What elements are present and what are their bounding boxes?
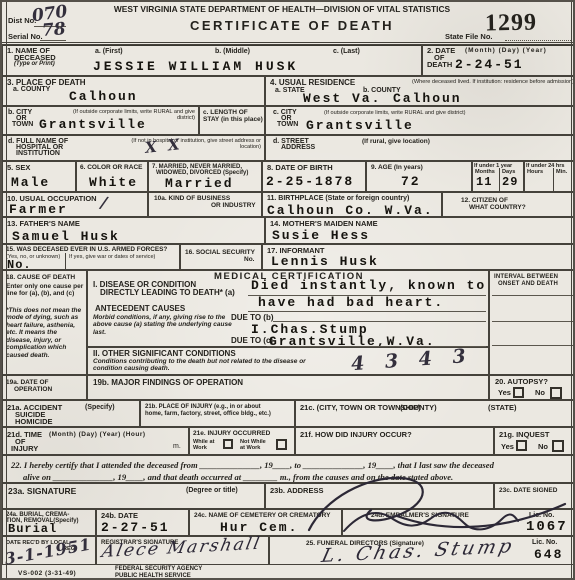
disease-value-1: Died instantly, known to <box>251 278 486 293</box>
name-type-note: (Type or Print) <box>14 61 55 67</box>
injury-kind-note: (Specify) <box>85 404 115 412</box>
birthplace-label: 11. BIRTHPLACE (State or foreign country… <box>267 195 409 203</box>
citizen-label-1: 12. CITIZEN OF <box>461 197 508 204</box>
residence-note: (Where deceased lived. If institution: r… <box>378 79 574 85</box>
field-injury-occurred: 21e. INJURY OCCURRED While at Work Not W… <box>189 427 295 455</box>
field-name-of-deceased: 1. NAME OF DECEASED (Type or Print) a. (… <box>2 44 422 76</box>
death-date-cols: (Month) (Day) (Year) <box>465 47 547 54</box>
cemetery-value: Hur Cem. <box>220 520 298 535</box>
hospital-label-3: INSTITUTION <box>16 150 60 158</box>
field-residence-city: c. CITY OR TOWN (If outside corporate li… <box>265 106 575 135</box>
frame-line-left <box>6 2 7 580</box>
field-marital-status: 7. MARRIED, NEVER MARRIED, WIDOWED, DIVO… <box>148 161 262 192</box>
death-date-label-3: DEATH <box>427 61 452 69</box>
sex-value: Male <box>11 175 50 190</box>
due-c-label: DUE TO (c) <box>231 337 273 346</box>
birth-date-label: 8. DATE OF BIRTH <box>267 164 333 172</box>
pod-county-label: a. COUNTY <box>13 86 50 94</box>
disease-label-2: DIRECTLY LEADING TO DEATH* (a) <box>100 289 235 298</box>
ssn-label-1: 16. SOCIAL SECURITY <box>185 249 255 256</box>
residence-county-value: Calhoun <box>393 91 462 106</box>
field-injury-time: 21d. TIME (Month) (Day) (Year) (Hour) OF… <box>2 427 189 455</box>
citizen-label-2: WHAT COUNTRY? <box>469 204 526 211</box>
serial-no-label: Serial No. <box>8 33 43 41</box>
autopsy-yes-label: Yes <box>498 389 511 397</box>
field-date-of-death: 2. DATE (Month) (Day) (Year) OF DEATH 2-… <box>422 44 575 76</box>
interval-column: INTERVAL BETWEEN ONSET AND DEATH <box>489 270 575 375</box>
autopsy-no-checkbox <box>550 387 562 399</box>
informant-value: Lennis Husk <box>271 254 379 269</box>
hospital-handwritten-mark: X X <box>144 135 183 157</box>
burial-date-value: 2-27-51 <box>101 520 170 535</box>
res-city-note: (If outside corporate limits, write RURA… <box>324 110 466 116</box>
field-injury-how: 21f. HOW DID INJURY OCCUR? <box>295 427 494 455</box>
other-conditions-handwritten-value: 4 3 4 3 <box>350 345 473 375</box>
operation-date-label-1: 19a. DATE OF <box>6 379 49 386</box>
burial-value: Burial <box>8 522 57 536</box>
inquest-no-checkbox <box>552 440 564 452</box>
embalmer-signature-scrawl <box>340 505 520 537</box>
state-file-line <box>505 40 571 41</box>
serial-no-line <box>40 40 66 41</box>
residence-state-label: a. STATE <box>275 87 305 95</box>
agency-line-1: FEDERAL SECURITY AGENCY <box>115 566 202 572</box>
age-days-value: 29 <box>502 175 518 189</box>
mother-label: 14. MOTHER'S MAIDEN NAME <box>270 220 378 228</box>
inquest-yes-label: Yes <box>501 443 514 451</box>
res-city-value: Grantsville <box>306 118 414 133</box>
antecedent-label: ANTECEDENT CAUSES <box>95 305 185 314</box>
deceased-name-value: JESSIE WILLIAM HUSK <box>93 59 298 74</box>
interval-line-c <box>492 345 574 346</box>
field-injury-city: 21c. (CITY, TOWN OR TOWNSHIP) (COUNTY) (… <box>295 400 575 427</box>
other-conditions-note: Conditions contributing to the death but… <box>93 358 308 373</box>
field-armed-forces: 15. WAS DECEASED EVER IN U.S. ARMED FORC… <box>2 244 180 270</box>
injury-time-label-3: INJURY <box>11 445 38 453</box>
injury-time-m: m. <box>173 443 181 451</box>
occupation-handwritten-mark: / <box>100 193 108 213</box>
res-city-label-3: TOWN <box>277 121 298 129</box>
field-physician-signature: 23a. SIGNATURE (Degree or title) <box>2 483 265 509</box>
not-at-work-label: Not While at Work <box>240 439 270 451</box>
field-informant: 17. INFORMANT Lennis Husk <box>262 244 575 270</box>
autopsy-label: 20. AUTOPSY? <box>495 378 548 386</box>
injury-place-label-2: home, farm, factory, street, office bldg… <box>145 411 271 417</box>
stay-label-1: c. LENGTH OF <box>203 109 248 116</box>
disease-value-2: have had bad heart. <box>258 295 444 310</box>
field-citizen: 12. CITIZEN OF WHAT COUNTRY? <box>442 192 575 217</box>
field-date-of-birth: 8. DATE OF BIRTH 2-25-1878 <box>262 161 366 192</box>
injury-county-label: (COUNTY) <box>400 404 437 412</box>
sex-label: 5. SEX <box>7 164 30 172</box>
funeral-lic-label: Lic. No. <box>532 539 557 547</box>
agency-line-2: PUBLIC HEALTH SERVICE <box>115 573 191 579</box>
ssn-label-2: No. <box>244 256 254 263</box>
cause-label: 18. CAUSE OF DEATH <box>6 274 75 281</box>
serial-no-value: 78 <box>41 19 66 41</box>
field-pod-city: b. CITY OR TOWN (If outside corporate li… <box>2 106 199 135</box>
interval-label-2: ONSET AND DEATH <box>498 281 558 287</box>
age-months-value: 11 <box>476 175 492 189</box>
death-date-value: 2-24-51 <box>455 57 524 72</box>
operation-findings-label: 19b. MAJOR FINDINGS OF OPERATION <box>93 379 243 388</box>
autopsy-yes-checkbox <box>513 387 524 398</box>
birthplace-value: Calhoun Co. W.Va. <box>267 203 434 218</box>
field-place-of-death: 3. PLACE OF DEATH a. COUNTY Calhoun <box>2 76 265 106</box>
first-name-col-label: a. (First) <box>95 48 123 56</box>
department-title: WEST VIRGINIA STATE DEPARTMENT OF HEALTH… <box>72 5 492 14</box>
field-sex: 5. SEX Male <box>2 161 76 192</box>
field-inquest: 21g. INQUEST Yes No <box>494 427 575 455</box>
interval-line-a <box>492 295 574 296</box>
occupation-value: Farmer <box>9 202 68 217</box>
race-value: White <box>89 175 138 190</box>
marital-value: Married <box>165 176 234 191</box>
armed-forces-note-2: If yes, give war or dates of service) <box>69 254 155 260</box>
injury-kind-label-3: HOMICIDE <box>15 418 53 426</box>
business-label-1: 10a. KIND OF BUSINESS <box>154 195 230 202</box>
hours-label: Hours <box>527 169 543 175</box>
cause-note-2: *This does not mean the mode of dying, s… <box>6 307 84 359</box>
father-label: 13. FATHER'S NAME <box>7 220 80 228</box>
not-at-work-checkbox <box>276 439 287 450</box>
injury-how-label: 21f. HOW DID INJURY OCCUR? <box>300 431 412 439</box>
race-label: 6. COLOR OR RACE <box>80 164 142 171</box>
stay-label-2: STAY (in this place) <box>203 116 263 123</box>
pod-city-label-3: TOWN <box>12 121 33 129</box>
disease-line-a2 <box>248 311 486 312</box>
hospital-note: (If not in hospital or institution, give… <box>121 138 261 151</box>
field-operation-findings: 19b. MAJOR FINDINGS OF OPERATION <box>87 375 489 400</box>
page-title: CERTIFICATE OF DEATH <box>142 19 442 33</box>
field-funeral-director: 25. FUNERAL DIRECTORS (Signature) L. Cha… <box>269 536 575 565</box>
at-work-checkbox <box>223 439 233 449</box>
field-hospital-name: d. FULL NAME OF HOSPITAL OR INSTITUTION … <box>2 135 265 161</box>
field-age-under-1-year: If under 1 year Months Days 11 29 <box>472 161 524 192</box>
funeral-lic-value: 648 <box>534 547 563 562</box>
medical-certification-section: MEDICAL CERTIFICATION I. DISEASE OR COND… <box>87 270 489 347</box>
pod-county-value: Calhoun <box>69 89 138 104</box>
business-label-2: OR INDUSTRY <box>211 202 256 209</box>
at-work-label: While at Work <box>193 439 221 451</box>
form-number: VS-002 (3-31-49) <box>18 570 76 577</box>
injury-place-label-1: 21b. PLACE OF INJURY (e.g., in or about <box>145 404 261 410</box>
degree-label: (Degree or title) <box>186 487 238 495</box>
inquest-yes-checkbox <box>516 440 527 451</box>
field-injury-kind: 21a. ACCIDENT SUICIDE HOMICIDE (Specify) <box>2 400 140 427</box>
field-burial-date: 24b. DATE 2-27-51 <box>96 509 189 536</box>
state-file-stamp-number: 1299 <box>485 10 537 38</box>
frame-line-right <box>571 2 572 580</box>
field-age-under-24-hrs: If under 24 hrs Hours Min. <box>524 161 575 192</box>
field-registrar-signature: REGISTRAR'S SIGNATURE Alece Marshall <box>96 536 269 565</box>
father-value: Samuel Husk <box>12 229 120 244</box>
field-occupation: 10. USUAL OCCUPATION Farmer / <box>2 192 148 217</box>
injury-occurred-label: 21e. INJURY OCCURRED <box>193 430 270 437</box>
field-cause-of-death-sidebar: 18. CAUSE OF DEATH Enter only one cause … <box>2 270 87 375</box>
operation-date-label-2: OPERATION <box>14 386 52 393</box>
birth-date-value: 2-25-1878 <box>266 174 354 189</box>
inquest-no-label: No <box>538 443 548 451</box>
field-burial: 24a. BURIAL, CREMA- TION, REMOVAL(Specif… <box>2 509 96 536</box>
death-certificate-scan: Dist No. 070 Serial No. 78 WEST VIRGINIA… <box>0 0 575 580</box>
inquest-label: 21g. INQUEST <box>499 431 549 439</box>
field-father-name: 13. FATHER'S NAME Samuel Husk <box>2 217 265 244</box>
certify-line-1: 22. I hereby certify that I attended the… <box>11 460 573 470</box>
injury-time-cols: (Month) (Day) (Year) (Hour) <box>49 431 146 438</box>
state-file-label: State File No. <box>445 33 493 41</box>
pod-city-value: Grantsville <box>39 117 147 132</box>
age-label: 9. AGE (In years) <box>371 164 423 171</box>
field-autopsy: 20. AUTOPSY? Yes No <box>489 375 575 400</box>
interval-label-1: INTERVAL BETWEEN <box>494 274 558 280</box>
registrar-signature: Alece Marshall <box>100 534 263 562</box>
field-street-address: d. STREET ADDRESS (If rural, give locati… <box>265 135 575 161</box>
field-ssn: 16. SOCIAL SECURITY No. <box>180 244 262 270</box>
physician-signature-label: 23a. SIGNATURE <box>8 487 76 496</box>
autopsy-no-label: No <box>535 389 545 397</box>
field-usual-residence: 4. USUAL RESIDENCE (Where deceased lived… <box>265 76 575 106</box>
field-race: 6. COLOR OR RACE White <box>76 161 148 192</box>
field-mother-name: 14. MOTHER'S MAIDEN NAME Susie Hess <box>265 217 575 244</box>
armed-forces-label: 15. WAS DECEASED EVER IN U.S. ARMED FORC… <box>6 247 167 254</box>
street-note: (If rural, give location) <box>362 138 430 145</box>
field-other-significant-conditions: II. OTHER SIGNIFICANT CONDITIONS Conditi… <box>87 347 489 375</box>
field-operation-date: 19a. DATE OF OPERATION <box>2 375 87 400</box>
burial-date-label: 24b. DATE <box>101 512 138 520</box>
injury-state-label: (STATE) <box>488 404 516 412</box>
last-name-col-label: c. (Last) <box>333 48 360 56</box>
interval-line-b <box>492 321 574 322</box>
field-date-received: DATE REC'D BY LOCAL REG. 3-1-1951 <box>2 536 96 565</box>
antecedent-note: Morbid conditions, if any, giving rise t… <box>93 314 233 336</box>
field-injury-place: 21b. PLACE OF INJURY (e.g., in or about … <box>140 400 295 427</box>
cause-note-1: Enter only one cause per line for (a), (… <box>6 283 84 298</box>
field-business: 10a. KIND OF BUSINESS OR INDUSTRY <box>148 192 262 217</box>
field-age-years: 9. AGE (In years) 72 <box>366 161 472 192</box>
age-value: 72 <box>401 174 421 189</box>
field-length-of-stay: c. LENGTH OF STAY (in this place) <box>199 106 265 135</box>
minutes-label: Min. <box>556 169 567 175</box>
street-label-2: ADDRESS <box>281 144 315 152</box>
middle-name-col-label: b. (Middle) <box>215 48 250 56</box>
field-birthplace: 11. BIRTHPLACE (State or foreign country… <box>262 192 442 217</box>
mother-value: Susie Hess <box>272 228 370 243</box>
